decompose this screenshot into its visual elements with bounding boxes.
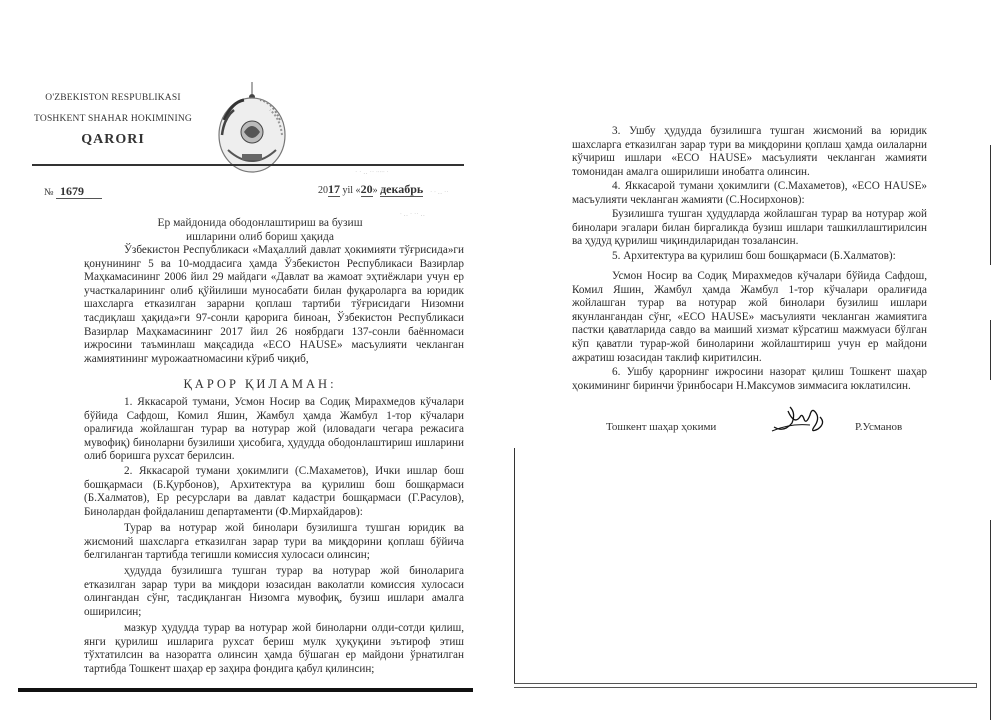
paragraph-5: 5. Архитектура ва қурилиш бош бошқармаси… xyxy=(572,250,927,264)
number-value: 1679 xyxy=(56,184,102,199)
document-title: Ер майдонида ободонлаштириш ва бузиш ишл… xyxy=(140,216,380,244)
year-prefix: 20 xyxy=(318,185,328,196)
paragraph-2-sub-c: мазкур ҳудудда турар ва нотурар жой бино… xyxy=(84,622,464,676)
day-value: 20 xyxy=(361,182,373,197)
header-divider xyxy=(32,164,464,166)
page-frame-bottom xyxy=(514,683,977,688)
year-suffix: yil « xyxy=(343,185,361,196)
paragraph-4: 4. Яккасарой тумани ҳокимлиги (С.Махамет… xyxy=(572,180,927,207)
paragraph-2-sub-b: ҳудудда бузилишга тушган турар ва нотура… xyxy=(84,565,464,619)
title-line2: ишларини олиб бориш ҳақида xyxy=(140,230,380,244)
decree-heading: ҚАРОР ҚИЛАМАН: xyxy=(160,377,360,392)
paragraph-2: 2. Яккасарой тумани ҳокимлиги (С.Махамет… xyxy=(84,465,464,519)
header-lat-line3: QARORI xyxy=(18,132,208,148)
number-prefix: № xyxy=(44,187,54,198)
signatory-name: Р.Усманов xyxy=(855,421,902,433)
page-frame-left xyxy=(514,448,515,688)
scan-edge-bar xyxy=(18,688,473,692)
paragraph-1: 1. Яккасарой тумани, Усмон Носир ва Соди… xyxy=(84,396,464,464)
title-line1: Ер майдонида ободонлаштириш ва бузиш xyxy=(140,216,380,230)
header-lat-line1: O'ZBEKISTON RESPUBLIKASI xyxy=(18,93,208,103)
month-value: декабрь xyxy=(380,182,423,197)
scan-edge-line xyxy=(990,145,991,265)
preamble-paragraph: Ўзбекистон Республикаси «Маҳаллий давлат… xyxy=(84,244,464,366)
paragraph-2-sub-a: Турар ва нотурар жой бинолари бузилишга … xyxy=(84,522,464,563)
scan-noise: ∙ ‥ · ·· ‥ xyxy=(400,210,425,218)
decision-number: № 1679 xyxy=(44,184,102,199)
scan-edge-line xyxy=(990,520,991,720)
decision-date: 2017 yil «20» декабрь xyxy=(318,182,423,197)
day-suffix: » xyxy=(373,185,378,196)
paragraph-3: 3. Ушбу ҳудудда бузилишга тушган жисмони… xyxy=(572,125,927,179)
scan-noise: · ∙ ‥ ·· xyxy=(430,188,449,196)
paragraph-6: 6. Ушбу қарорнинг ижросини назорат қилиш… xyxy=(572,366,927,393)
header-lat-line2: TOSHKENT SHAHAR HOKIMINING xyxy=(18,114,208,124)
handwritten-signature-icon xyxy=(770,403,830,437)
paragraph-5-sub: Усмон Носир ва Содиқ Мирахмедов кўчалари… xyxy=(572,270,927,365)
year-value: 17 xyxy=(328,182,340,197)
paragraph-4-sub: Бузилишга тушган ҳудудларда жойлашган ту… xyxy=(572,208,927,249)
scan-edge-line xyxy=(990,320,991,380)
scan-noise: · · ‥ ·· ∙∙∙∙∙ · xyxy=(355,168,389,176)
signatory-position: Тошкент шаҳар ҳокими xyxy=(606,421,716,433)
left-page: O'ZBEKISTON RESPUBLIKASI TOSHKENT SHAHAR… xyxy=(0,0,500,726)
